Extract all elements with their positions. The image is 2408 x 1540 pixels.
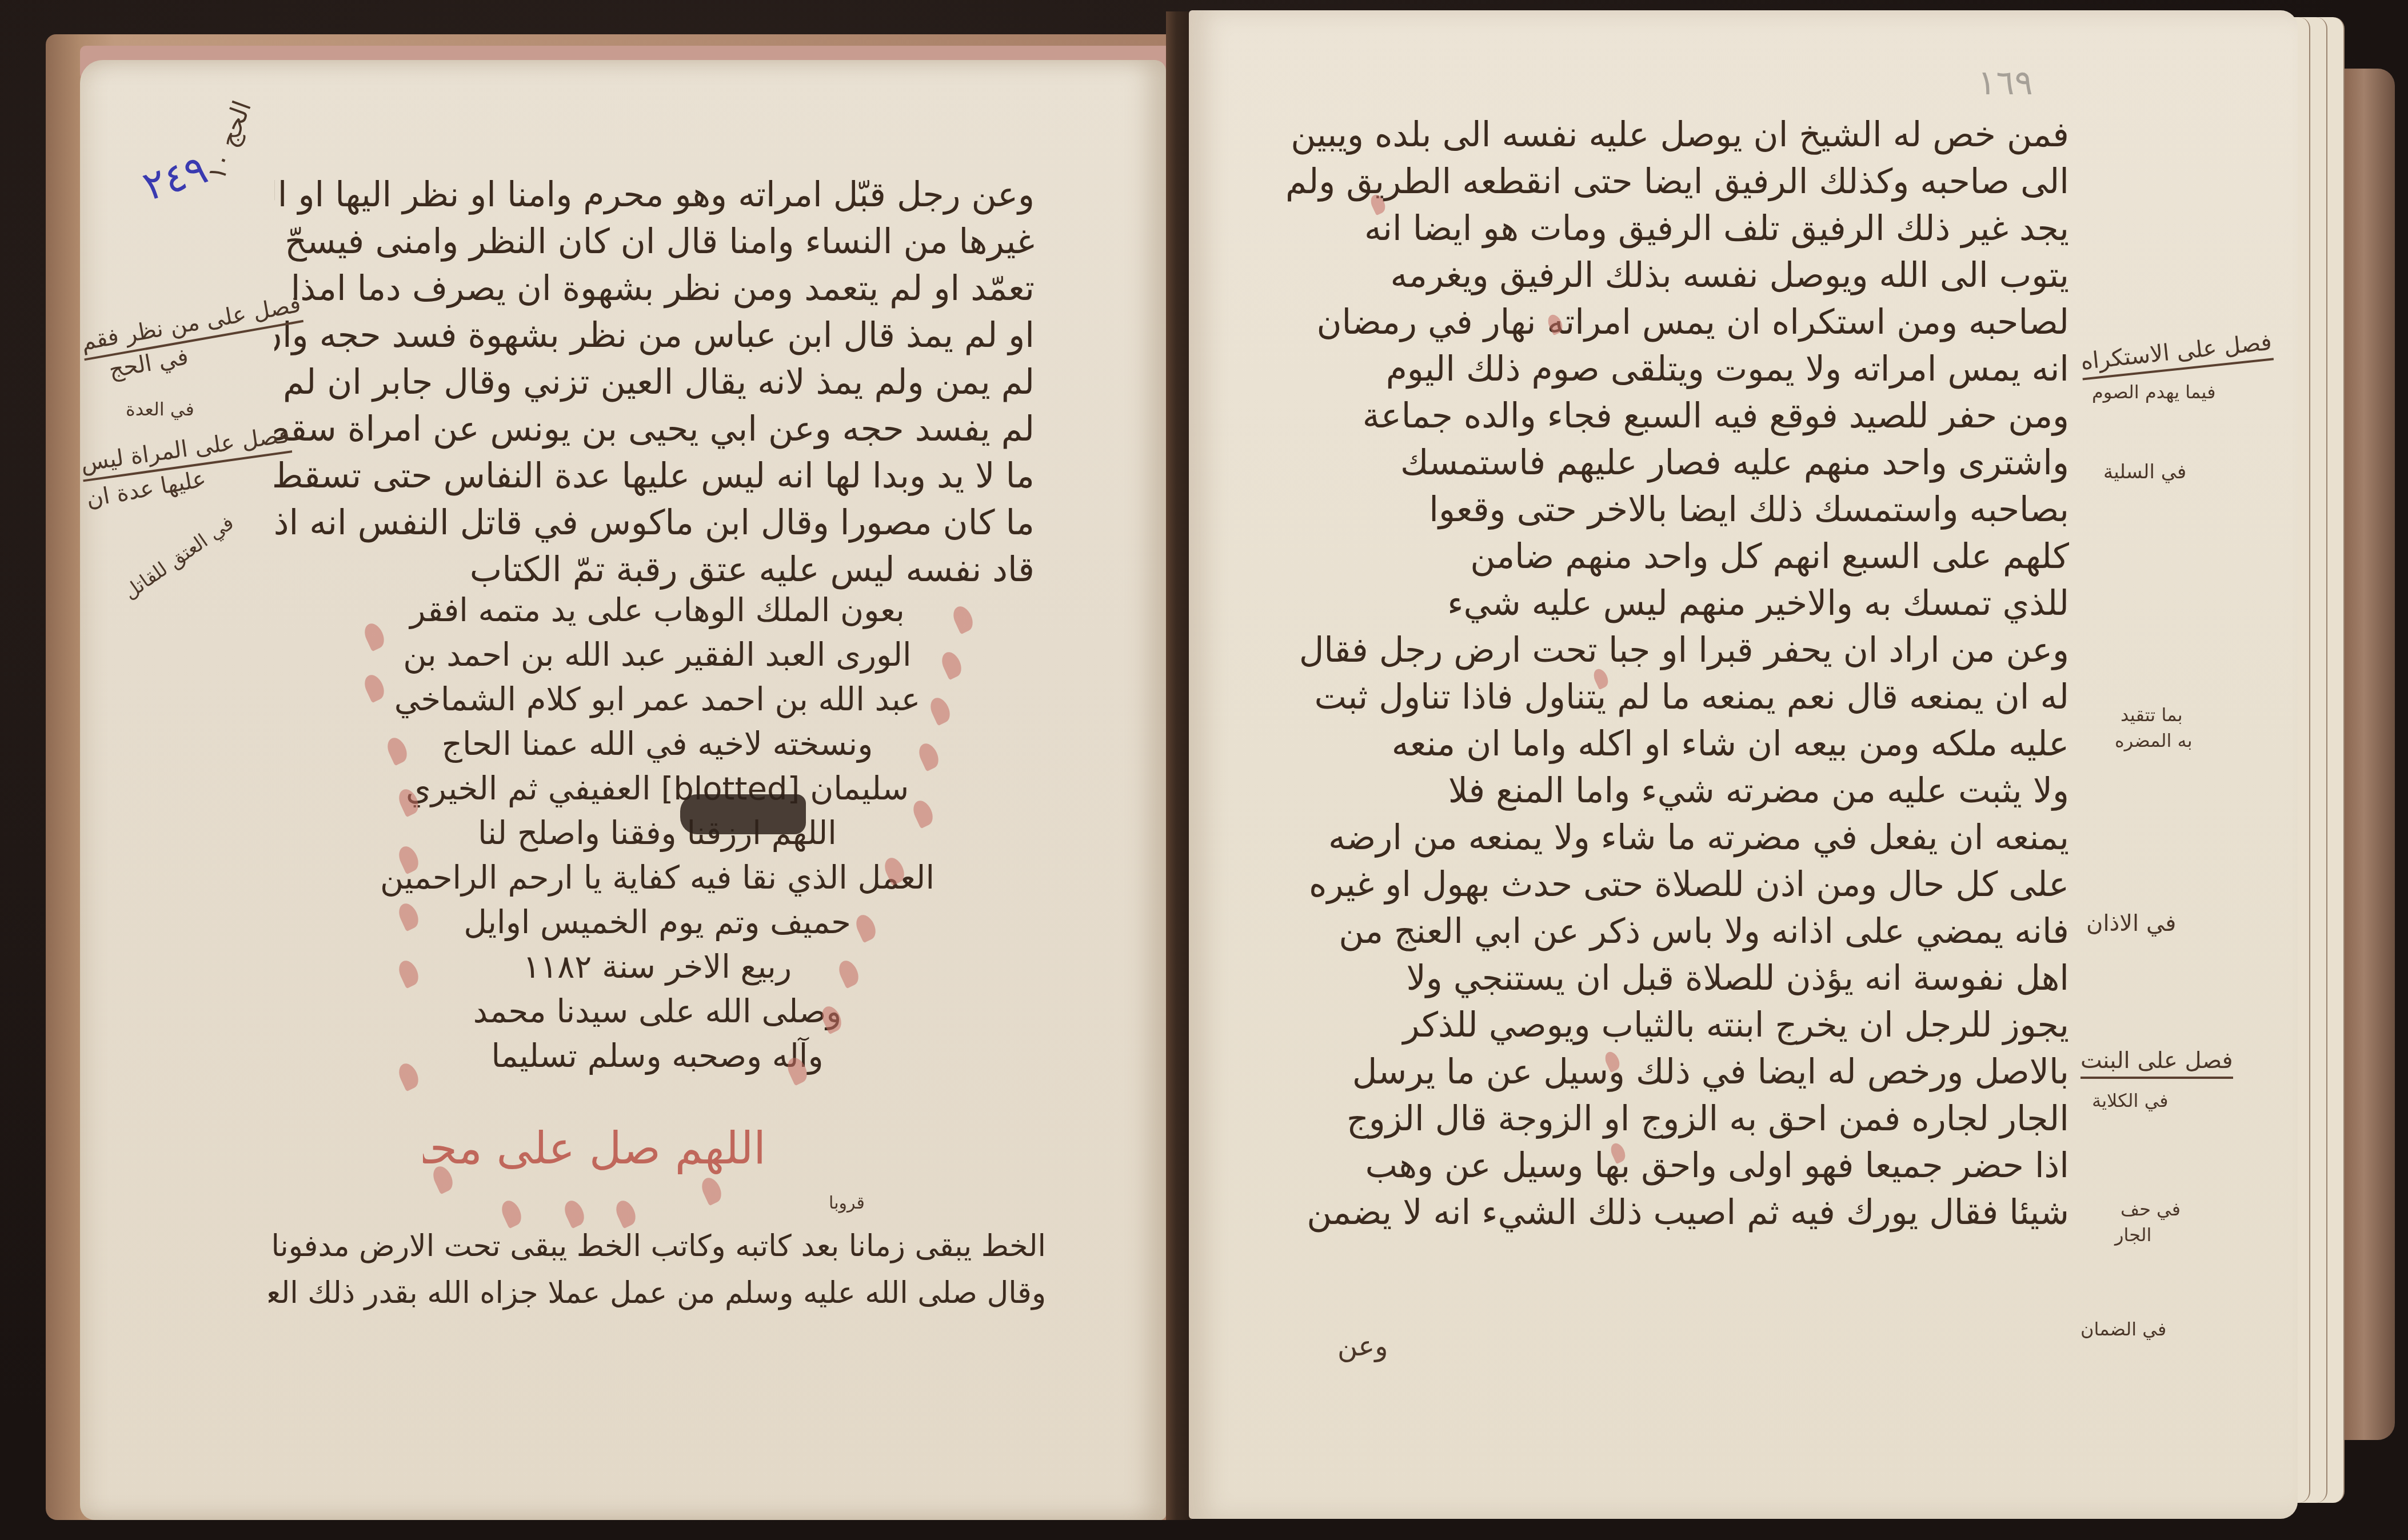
colophon-line: وآله وصحبه وسلم تسليما <box>320 1034 995 1079</box>
text-line: وعن من اراد ان يحفر قبرا او جبا تحت ارض … <box>1280 627 2069 674</box>
marginal-note-sub: به المضره <box>2115 726 2193 755</box>
text-line: للذي تمسك به والاخير منهم ليس عليه شيء <box>1280 580 2069 627</box>
right-folio-number: ١٦٩ <box>1978 63 2033 103</box>
text-line: غيرها من النساء وامنا قال ان كان النظر و… <box>274 218 1035 265</box>
colophon-line: بعون الملك الوهاب على يد متمه افقر <box>320 589 995 633</box>
pencil-note: قروبا <box>829 1189 865 1218</box>
text-line: او لم يمذ قال ابن عباس من نظر بشهوة فسد … <box>274 312 1035 359</box>
left-main-text: وعن رجل قبّل امراته وهو محرم وامنا او نظ… <box>274 171 1035 593</box>
colophon-line: اللهم ارزقنا وفقنا واصلح لنا <box>320 811 995 856</box>
red-invocation: اللهم صل على محمد <box>423 1120 766 1177</box>
colophon-line: سليمان [blotted] العفيفي ثم الخيري <box>320 767 995 811</box>
marginal-note-text: فصل على البنت <box>2080 1047 2233 1074</box>
text-line: لصاحبه ومن استكراه ان يمس امراته نهار في… <box>1280 299 2069 346</box>
ink-blot <box>680 794 806 834</box>
marginal-note-sub: الجار <box>2115 1220 2152 1250</box>
text-line: فمن خص له الشيخ ان يوصل عليه نفسه الى بل… <box>1280 111 2069 158</box>
text-line: الجار لجاره فمن احق به الزوج او الزوجة ق… <box>1280 1095 2069 1142</box>
marginal-note: في الاذان <box>2086 909 2176 938</box>
marginal-note-sub: فيما يهدم الصوم <box>2092 377 2216 407</box>
colophon-line: وصلى الله على سيدنا محمد <box>320 990 995 1034</box>
right-main-text: فمن خص له الشيخ ان يوصل عليه نفسه الى بل… <box>1280 111 2069 1236</box>
text-line: له ان يمنعه قال نعم يمنعه ما لم يتناول ف… <box>1280 674 2069 721</box>
text-line: الى صاحبه وكذلك الرفيق ايضا حتى انقطعه ا… <box>1280 158 2069 205</box>
text-line: بالاصل ورخص له ايضا في ذلك وسيل عن ما ير… <box>1280 1049 2069 1095</box>
marginal-note: في الضمان <box>2080 1314 2166 1344</box>
binding-gutter <box>1166 11 1192 1520</box>
invocation-text: اللهم صل على محمد <box>423 1120 766 1177</box>
text-line: قاد نفسه ليس عليه عتق رقبة تمّ الكتاب <box>274 546 1035 593</box>
text-line: فانه يمضي على اذانه ولا باس ذكر عن ابي ا… <box>1280 908 2069 955</box>
text-line: ومن حفر للصيد فوقع فيه السبع فجاء والده … <box>1280 393 2069 439</box>
text-line: ولا يثبت عليه من مضرته شيء واما المنع فل… <box>1280 767 2069 814</box>
colophon-line: ربيع الاخر سنة ١١٨٢ <box>320 945 995 990</box>
text-line: تعمّد او لم يتعمد ومن نظر بشهوة ان يصرف … <box>274 265 1035 312</box>
marginal-note: في السلية <box>2103 457 2186 487</box>
text-line: يجوز للرجل ان يخرج ابنته بالثياب ويوصي ل… <box>1280 1002 2069 1049</box>
marginal-note: فصل على البنت <box>2080 1046 2233 1079</box>
text-line: يمنعه ان يفعل في مضرته ما شاء ولا يمنعه … <box>1280 814 2069 861</box>
colophon-line: عبد الله بن احمد عمر ابو كلام الشماخي <box>320 678 995 722</box>
verse-line: الخط يبقى زمانا بعد كاتبه وكاتب الخط يبق… <box>269 1223 1046 1270</box>
text-line: ما لا يد وبدا لها انه ليس عليها عدة النف… <box>274 453 1035 499</box>
colophon-line: ونسخته لاخيه في الله عمنا الحاج <box>320 722 995 767</box>
colophon-line: الورى العبد الفقير عبد الله بن احمد بن <box>320 633 995 678</box>
closing-verse: الخط يبقى زمانا بعد كاتبه وكاتب الخط يبق… <box>269 1223 1046 1317</box>
text-line: لم يفسد حجه وعن ابي يحيى بن يونس عن امرا… <box>274 406 1035 453</box>
text-line: شيئا فقال يورك فيه ثم اصيب ذلك الشيء انه… <box>1280 1189 2069 1236</box>
text-line: يتوب الى الله ويوصل نفسه بذلك الرفيق ويغ… <box>1280 252 2069 299</box>
marginal-note-sub: في الكلاية <box>2092 1086 2169 1115</box>
text-line: لم يمن ولم يمذ لانه يقال العين تزني وقال… <box>274 359 1035 406</box>
text-line: ما كان مصورا وقال ابن ماكوس في قاتل النف… <box>274 499 1035 546</box>
text-line: كلهم على السبع انهم كل واحد منهم ضامن <box>1280 533 2069 580</box>
text-line: عليه ملكه ومن بيعه ان شاء او اكله واما ا… <box>1280 721 2069 767</box>
colophon: بعون الملك الوهاب على يد متمه افقر الورى… <box>320 589 995 1079</box>
text-line: يجد غير ذلك الرفيق تلف الرفيق ومات هو اي… <box>1280 205 2069 252</box>
verse-line: وقال صلى الله عليه وسلم من عمل عملا جزاه… <box>269 1270 1046 1317</box>
text-line: على كل حال ومن اذن للصلاة حتى حدث بهول ا… <box>1280 861 2069 908</box>
text-line: واشترى واحد منهم عليه فصار عليهم فاستمسك <box>1280 439 2069 486</box>
colophon-line: حميف وتم يوم الخميس اوايل <box>320 901 995 945</box>
text-line: بصاحبه واستمسك ذلك ايضا بالاخر حتى وقعوا <box>1280 486 2069 533</box>
catchword: وعن <box>1337 1331 1388 1361</box>
text-line: اذا حضر جميعا فهو اولى واحق بها وسيل عن … <box>1280 1142 2069 1189</box>
text-line: اهل نفوسة انه يؤذن للصلاة قبل ان يستنجي … <box>1280 955 2069 1002</box>
text-line: انه يمس امراته ولا يموت ويتلقى صوم ذلك ا… <box>1280 346 2069 393</box>
marginal-note: في العدة <box>126 394 194 424</box>
text-line: وعن رجل قبّل امراته وهو محرم وامنا او نظ… <box>274 171 1035 218</box>
